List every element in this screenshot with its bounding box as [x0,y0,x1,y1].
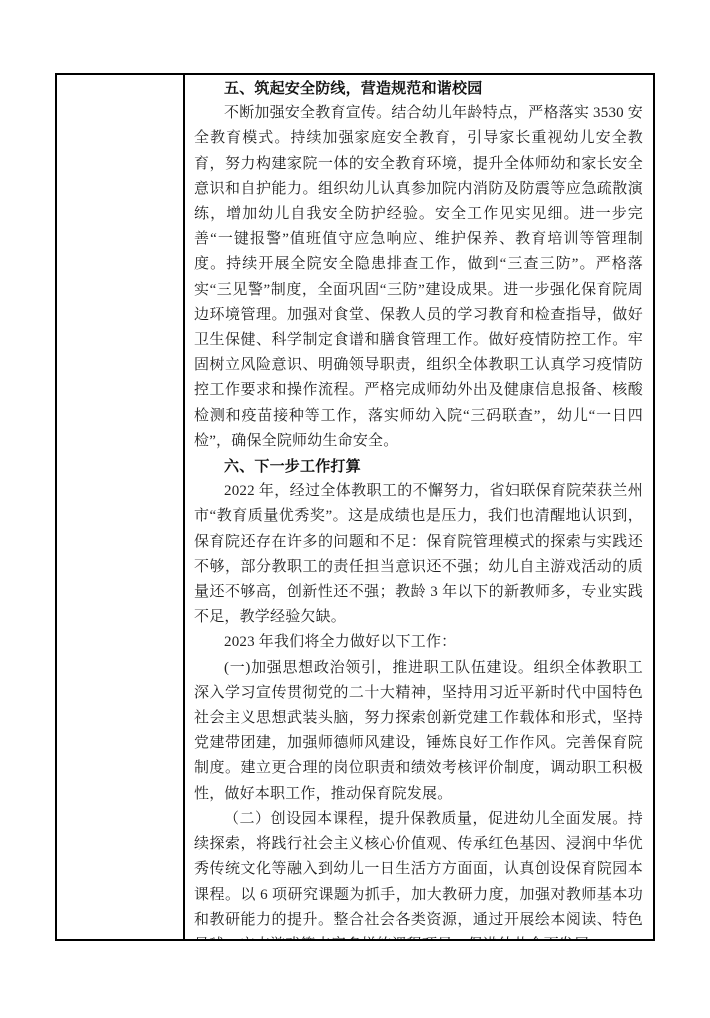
section-heading-safety: 五、筑起安全防线，营造规范和谐校园 [194,76,643,101]
document-page: 五、筑起安全防线，营造规范和谐校园 不断加强安全教育宣传。结合幼儿年龄特点，严格… [0,0,710,1018]
paragraph-2022-review: 2022 年，经过全体教职工的不懈努力，省妇联保育院荣获兰州市“教育质量优秀奖”… [194,479,643,630]
paragraph-safety-education: 不断加强安全教育宣传。结合幼儿年龄特点，严格落实 3530 安全教育模式。持续加… [194,101,643,454]
table-content-cell: 五、筑起安全防线，营造规范和谐校园 不断加强安全教育宣传。结合幼儿年龄特点，严格… [185,75,653,939]
report-table: 五、筑起安全防线，营造规范和谐校园 不断加强安全教育宣传。结合幼儿年龄特点，严格… [55,73,655,941]
paragraph-plan-item-1: (一)加强思想政治领引，推进职工队伍建设。组织全体教职工深入学习宣传贯彻党的二十… [194,656,643,807]
paragraph-plan-item-2: （二）创设园本课程，提升保教质量，促进幼儿全面发展。持续探索，将践行社会主义核心… [194,807,643,939]
paragraph-2023-intro: 2023 年我们将全力做好以下工作： [194,630,643,655]
table-left-cell [57,75,185,939]
section-heading-next-steps: 六、下一步工作打算 [194,454,643,479]
